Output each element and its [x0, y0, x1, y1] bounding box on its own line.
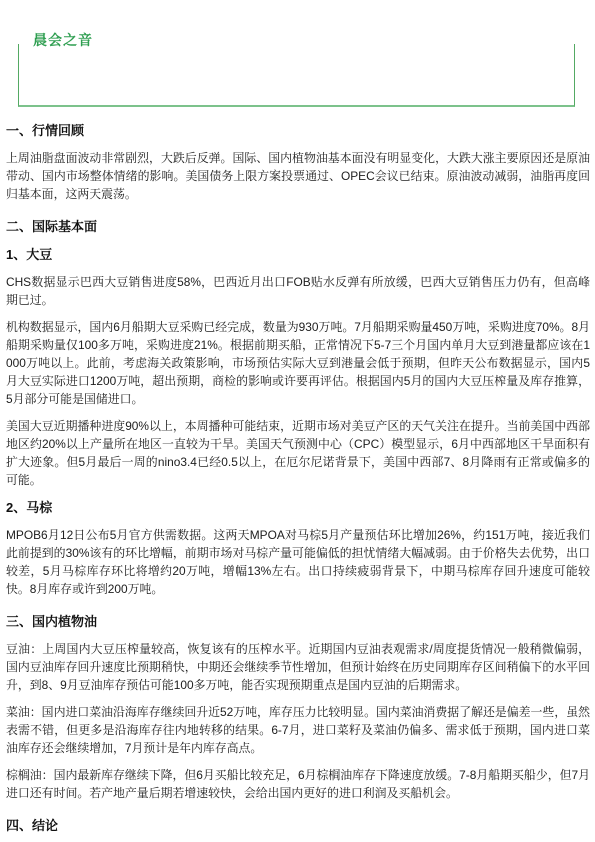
- section-heading-domestic-vegetable-oil: 三、国内植物油: [6, 613, 590, 631]
- page-title: 晨会之音: [33, 30, 99, 50]
- paragraph-market-review: 上周油脂盘面波动非常剧烈，大跌后反弹。国际、国内植物油基本面没有明显变化，大跌大…: [6, 149, 590, 203]
- section-heading-conclusion: 四、结论: [6, 817, 590, 835]
- report-content: 晨会之音 一、行情回顾 上周油脂盘面波动非常剧烈，大跌后反弹。国际、国内植物油基…: [0, 44, 595, 835]
- paragraph-palm-oil: 棕榈油：国内最新库存继续下降，但6月买船比较充足，6月棕榈油库存下降速度放缓。7…: [6, 766, 590, 802]
- subsection-heading-malaysian-palm: 2、马棕: [6, 499, 590, 517]
- section-heading-market-review: 一、行情回顾: [6, 122, 590, 140]
- report-body: 一、行情回顾 上周油脂盘面波动非常剧烈，大跌后反弹。国际、国内植物油基本面没有明…: [6, 122, 590, 835]
- paragraph-soybean-china-purchases: 机构数据显示，国内6月船期大豆采购已经完成，数量为930万吨。7月船期采购量45…: [6, 318, 590, 408]
- report-page: 晨会之音 一、行情回顾 上周油脂盘面波动非常剧烈，大跌后反弹。国际、国内植物油基…: [0, 0, 595, 842]
- paragraph-soybean-oil: 豆油：上周国内大豆压榨量较高，恢复该有的压榨水平。近期国内豆油表观需求/周度提货…: [6, 640, 590, 694]
- paragraph-malaysian-palm: MPOB6月12日公布5月官方供需数据。这两天MPOA对马棕5月产量预估环比增加…: [6, 526, 590, 598]
- paragraph-soybean-us-weather: 美国大豆近期播种进度90%以上，本周播种可能结束，近期市场对美豆产区的天气关注在…: [6, 417, 590, 489]
- paragraph-soybean-brazil-sales: CHS数据显示巴西大豆销售进度58%，巴西近月出口FOB贴水反弹有所放缓，巴西大…: [6, 273, 590, 309]
- subsection-heading-soybean: 1、大豆: [6, 246, 590, 264]
- section-heading-international-fundamentals: 二、国际基本面: [6, 218, 590, 236]
- paragraph-rapeseed-oil: 菜油：国内进口菜油沿海库存继续回升近52万吨，库存压力比较明显。国内菜油消费据了…: [6, 703, 590, 757]
- morning-voice-header-box: 晨会之音: [18, 44, 575, 107]
